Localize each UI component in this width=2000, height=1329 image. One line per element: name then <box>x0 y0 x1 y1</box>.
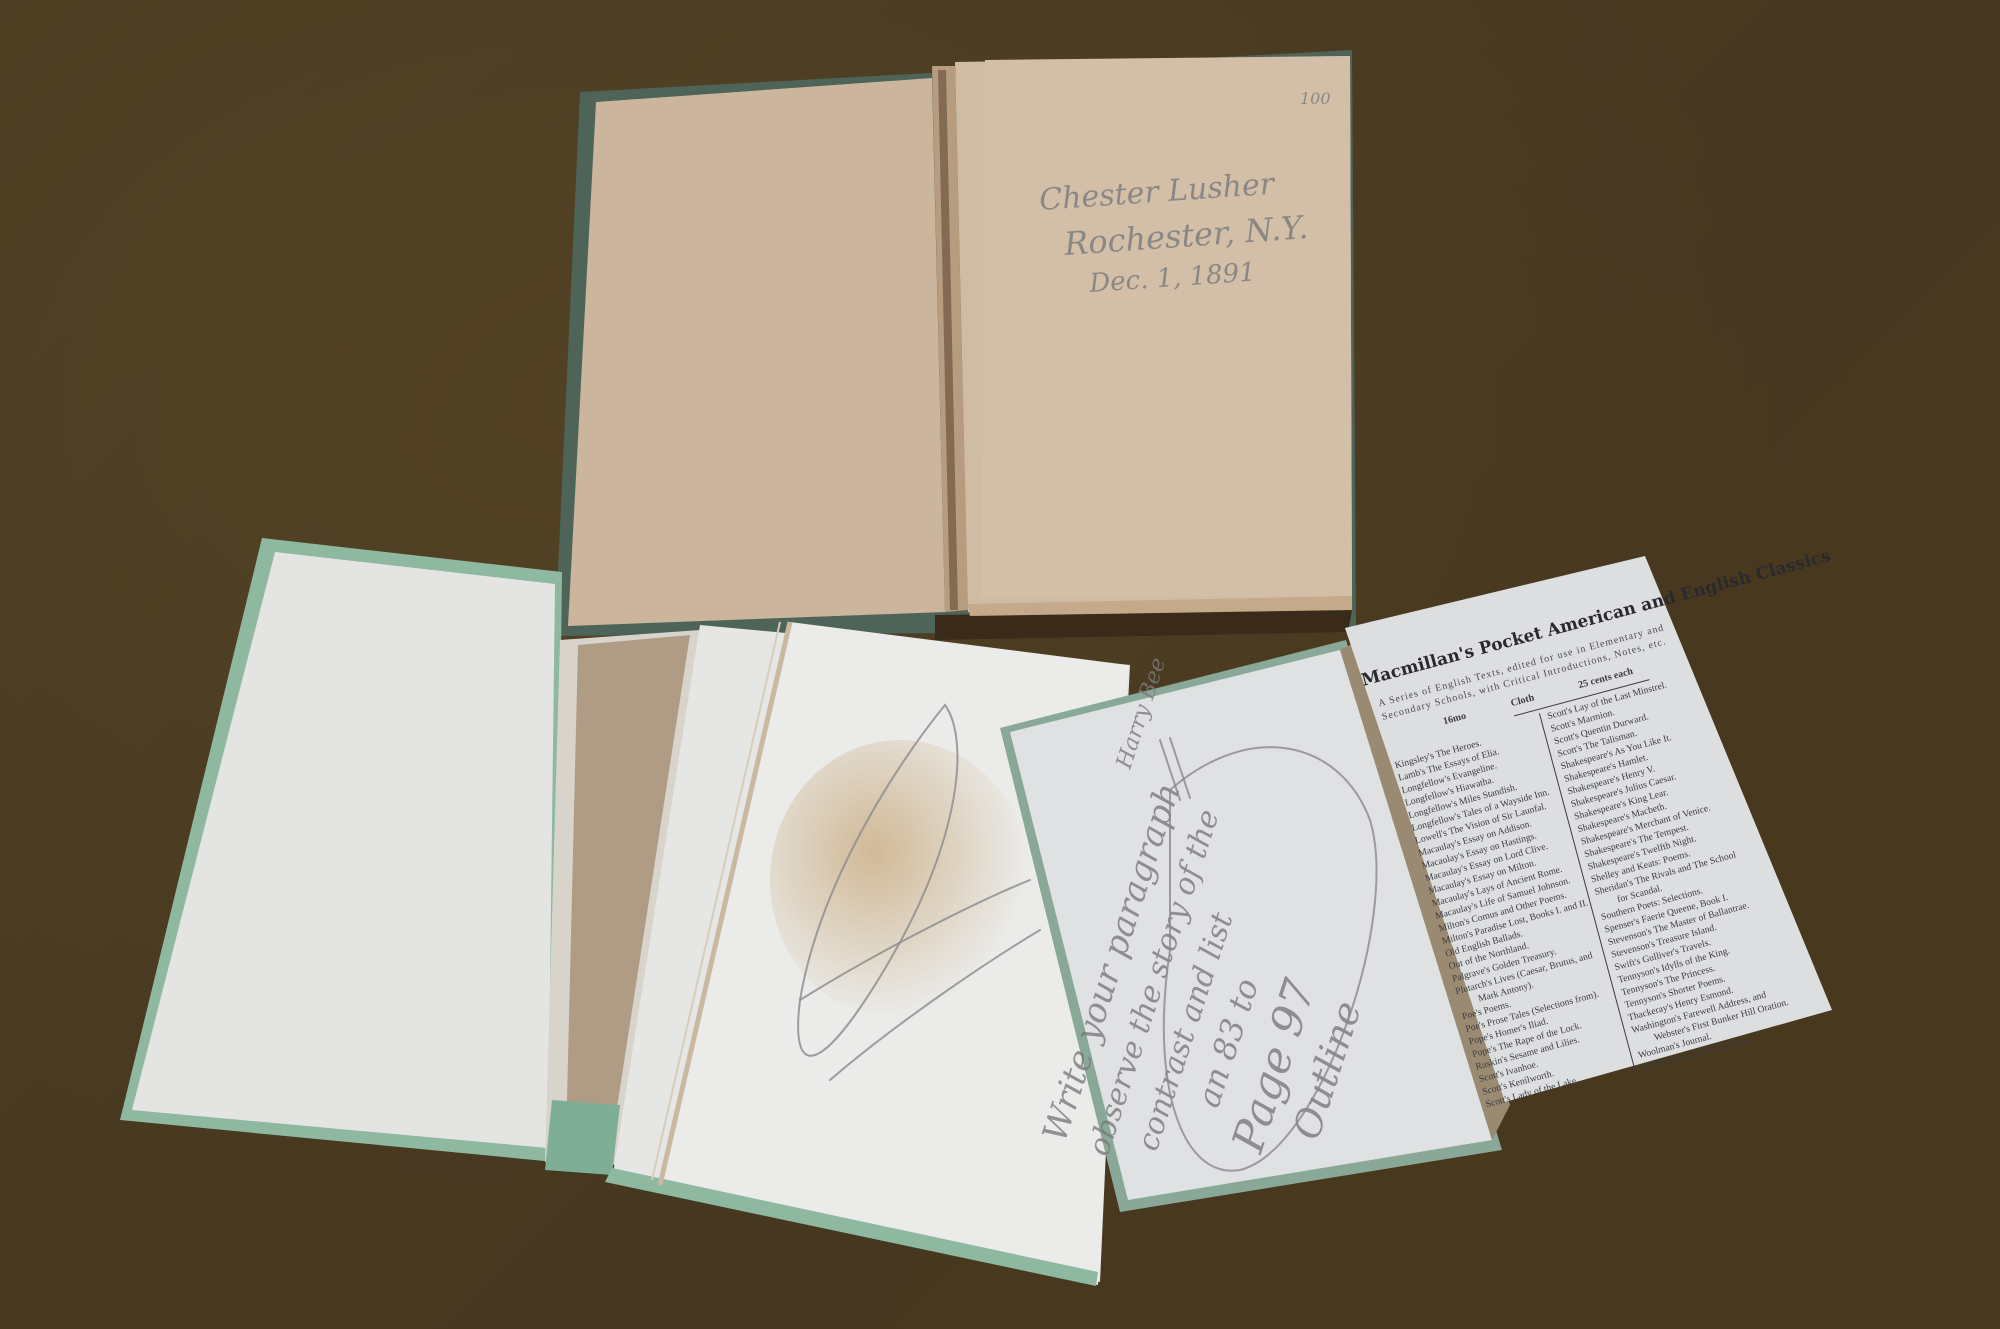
catalog-binding: Cloth <box>1510 692 1536 709</box>
catalog-right-column: Scott's Lay of the Last Minstrel. Scott'… <box>1546 670 1796 1073</box>
macmillan-catalog: Macmillan's Pocket American and English … <box>0 0 2000 1329</box>
catalog-title: Macmillan's Pocket American and English … <box>1359 546 1832 691</box>
catalog-subtitle-2: Secondary Schools, with Critical Introdu… <box>1381 636 1668 723</box>
catalog-format: 16mo <box>1442 711 1467 728</box>
catalog-price: 25 cents each <box>1577 666 1634 691</box>
